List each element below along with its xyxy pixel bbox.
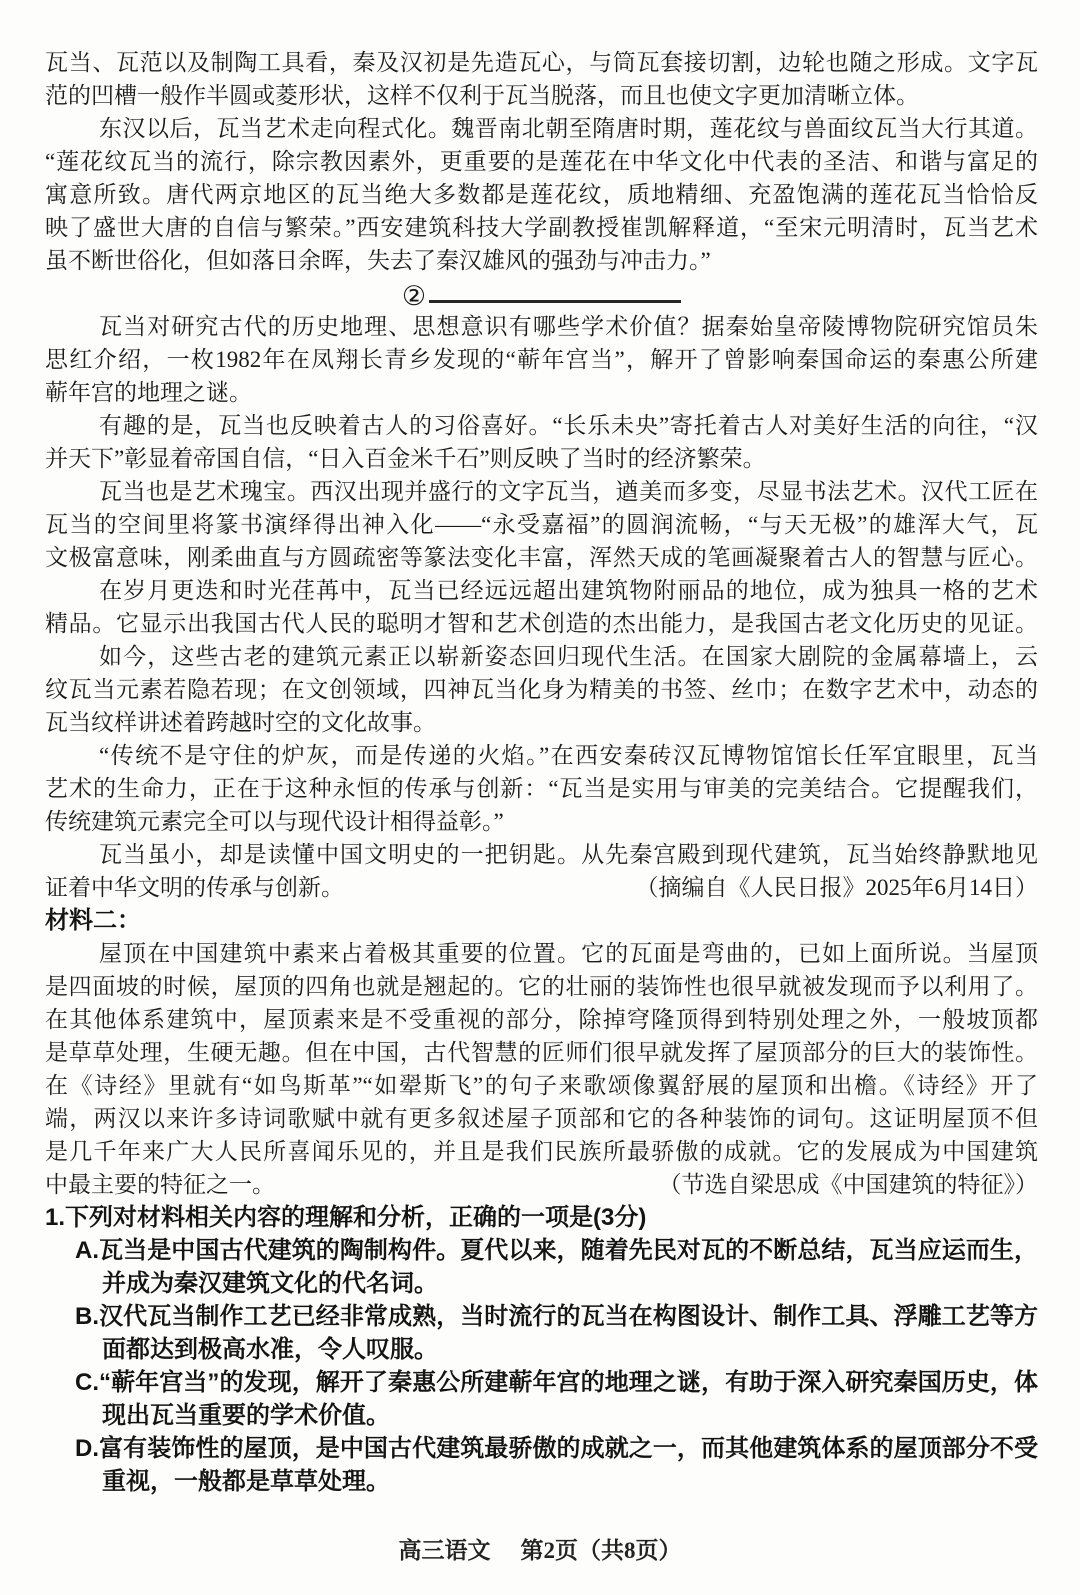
option-b-cont: 面都达到极高水准，令人叹服。 bbox=[45, 1333, 1038, 1366]
text-line: 端，两汉以来许多诗词歌赋中就有更多叙述屋子顶部和它的各种装饰的词句。这证明屋顶不… bbox=[45, 1102, 1038, 1135]
text-line: 瓦当虽小，却是读懂中国文明史的一把钥匙。从先秦宫殿到现代建筑，瓦当始终静默地见 bbox=[45, 838, 1038, 871]
text-line: 是几千年来广大人民所喜闻乐见的，并且是我们民族所最骄傲的成就。它的发展成为中国建… bbox=[45, 1135, 1038, 1168]
blank-underline bbox=[429, 277, 681, 303]
text-line: 并天下”彰显着帝国自信，“日入百金米千石”则反映了当时的经济繁荣。 bbox=[45, 442, 1038, 475]
text-line: 东汉以后，瓦当艺术走向程式化。魏晋南北朝至隋唐时期，莲花纹与兽面纹瓦当大行其道。 bbox=[45, 112, 1038, 145]
text-line: 思红介绍，一枚1982年在凤翔长青乡发现的“蕲年宫当”，解开了曾影响秦国命运的秦… bbox=[45, 343, 1038, 376]
paragraph-last-line: 中最主要的特征之一。 bbox=[45, 1168, 275, 1201]
text-line: 瓦当、瓦范以及制陶工具看，秦及汉初是先造瓦心，与筒瓦套接切割，边轮也随之形成。文… bbox=[45, 46, 1038, 79]
paragraph-last-line: 证着中华文明的传承与创新。 bbox=[45, 871, 344, 904]
circled-number-2: ② bbox=[402, 281, 426, 310]
text-line: 是草草处理，生硬无趣。但在中国，古代智慧的匠师们很早就发挥了屋顶部分的巨大的装饰… bbox=[45, 1036, 1038, 1069]
option-c-cont: 现出瓦当重要的学术价值。 bbox=[45, 1399, 1038, 1432]
text-line: 范的凹槽一般作半圆或菱形状，这样不仅利于瓦当脱落，而且也使文字更加清晰立体。 bbox=[45, 79, 1038, 112]
text-line: “莲花纹瓦当的流行，除宗教因素外，更重要的是莲花在中华文化中代表的圣洁、和谐与富… bbox=[45, 145, 1038, 178]
text-line: 在岁月更迭和时光荏苒中，瓦当已经远远超出建筑物附丽品的地位，成为独具一格的艺术 bbox=[45, 574, 1038, 607]
document-body: 瓦当、瓦范以及制陶工具看，秦及汉初是先造瓦心，与筒瓦套接切割，边轮也随之形成。文… bbox=[45, 46, 1038, 1498]
text-line: 在《诗经》里就有“如鸟斯革”“如翚斯飞”的句子来歌颂像翼舒展的屋顶和出檐。《诗经… bbox=[45, 1069, 1038, 1102]
text-line: 有趣的是，瓦当也反映着古人的习俗喜好。“长乐未央”寄托着古人对美好生活的向往，“… bbox=[45, 409, 1038, 442]
text-line: 传统建筑元素完全可以与现代设计相得益彰。” bbox=[45, 805, 1038, 838]
text-line: “传统不是守住的炉灰，而是传递的火焰。”在西安秦砖汉瓦博物馆馆长任军宜眼里，瓦当 bbox=[45, 739, 1038, 772]
option-b: B.汉代瓦当制作工艺已经非常成熟，当时流行的瓦当在构图设计、制作工具、浮雕工艺等… bbox=[45, 1300, 1038, 1333]
question-1-stem: 1.下列对材料相关内容的理解和分析，正确的一项是(3分) bbox=[45, 1201, 1038, 1234]
footer-page-number: 第2页（共8页） bbox=[521, 1538, 682, 1563]
option-c: C.“蕲年宫当”的发现，解开了秦惠公所建蕲年宫的地理之谜，有助于深入研究秦国历史… bbox=[45, 1366, 1038, 1399]
option-a-cont: 并成为秦汉建筑文化的代名词。 bbox=[45, 1267, 1038, 1300]
text-line: 如今，这些古老的建筑元素正以崭新姿态回归现代生活。在国家大剧院的金属幕墙上，云 bbox=[45, 640, 1038, 673]
exam-paper-page: 瓦当、瓦范以及制陶工具看，秦及汉初是先造瓦心，与筒瓦套接切割，边轮也随之形成。文… bbox=[0, 0, 1080, 1595]
option-d: D.富有装饰性的屋顶，是中国古代建筑最骄傲的成就之一，而其他建筑体系的屋顶部分不… bbox=[45, 1432, 1038, 1465]
footer-course-title: 高三语文 bbox=[399, 1538, 491, 1563]
source-citation: （节选自梁思成《中国建筑的特征》） bbox=[659, 1168, 1039, 1201]
material-2-heading: 材料二： bbox=[45, 904, 1038, 937]
text-line: 瓦当也是艺术瑰宝。西汉出现并盛行的文字瓦当，遒美而多变，尽显书法艺术。汉代工匠在 bbox=[45, 475, 1038, 508]
text-line: 蕲年宫的地理之谜。 bbox=[45, 376, 1038, 409]
text-line: 是四面坡的时候，屋顶的四角也就是翘起的。它的壮丽的装饰性也很早就被发现而予以利用… bbox=[45, 970, 1038, 1003]
option-a: A.瓦当是中国古代建筑的陶制构件。夏代以来，随着先民对瓦的不断总结，瓦当应运而生… bbox=[45, 1234, 1038, 1267]
text-line: 纹瓦当元素若隐若现；在文创领域，四神瓦当化身为精美的书签、丝巾；在数字艺术中，动… bbox=[45, 673, 1038, 706]
text-line: 精品。它显示出我国古代人民的聪明才智和艺术创造的杰出能力，是我国古老文化历史的见… bbox=[45, 607, 1038, 640]
text-line: 映了盛世大唐的自信与繁荣。”西安建筑科技大学副教授崔凯解释道，“至宋元明清时，瓦… bbox=[45, 211, 1038, 244]
text-line: 瓦当对研究古代的历史地理、思想意识有哪些学术价值？据秦始皇帝陵博物院研究馆员朱 bbox=[45, 310, 1038, 343]
text-line: 在其他体系建筑中，屋顶素来是不受重视的部分，除掉穹隆顶得到特别处理之外，一般坡顶… bbox=[45, 1003, 1038, 1036]
material-1-citation-line: 证着中华文明的传承与创新。（摘编自《人民日报》2025年6月14日） bbox=[45, 871, 1038, 904]
text-line: 瓦当纹样讲述着跨越时空的文化故事。 bbox=[45, 706, 1038, 739]
text-line: 艺术的生命力，正在于这种永恒的传承与创新：“瓦当是实用与审美的完美结合。它提醒我… bbox=[45, 772, 1038, 805]
text-line: 寓意所致。唐代两京地区的瓦当绝大多数都是莲花纹，质地精细、充盈饱满的莲花瓦当恰恰… bbox=[45, 178, 1038, 211]
text-line: 文极富意味，刚柔曲直与方圆疏密等篆法变化丰富，浑然天成的笔画凝聚着古人的智慧与匠… bbox=[45, 541, 1038, 574]
blank-fill-line: ② bbox=[45, 277, 1038, 310]
page-footer: 高三语文第2页（共8页） bbox=[0, 1532, 1080, 1565]
text-line: 瓦当的空间里将篆书演绎得出神入化——“永受嘉福”的圆润流畅，“与天无极”的雄浑大… bbox=[45, 508, 1038, 541]
text-line: 屋顶在中国建筑中素来占着极其重要的位置。它的瓦面是弯曲的，已如上面所说。当屋顶 bbox=[45, 937, 1038, 970]
source-citation: （摘编自《人民日报》2025年6月14日） bbox=[636, 871, 1039, 904]
option-d-cont: 重视，一般都是草草处理。 bbox=[45, 1465, 1038, 1498]
text-line: 虽不断世俗化，但如落日余晖，失去了秦汉雄风的强劲与冲击力。” bbox=[45, 244, 1038, 277]
material-2-citation-line: 中最主要的特征之一。（节选自梁思成《中国建筑的特征》） bbox=[45, 1168, 1038, 1201]
